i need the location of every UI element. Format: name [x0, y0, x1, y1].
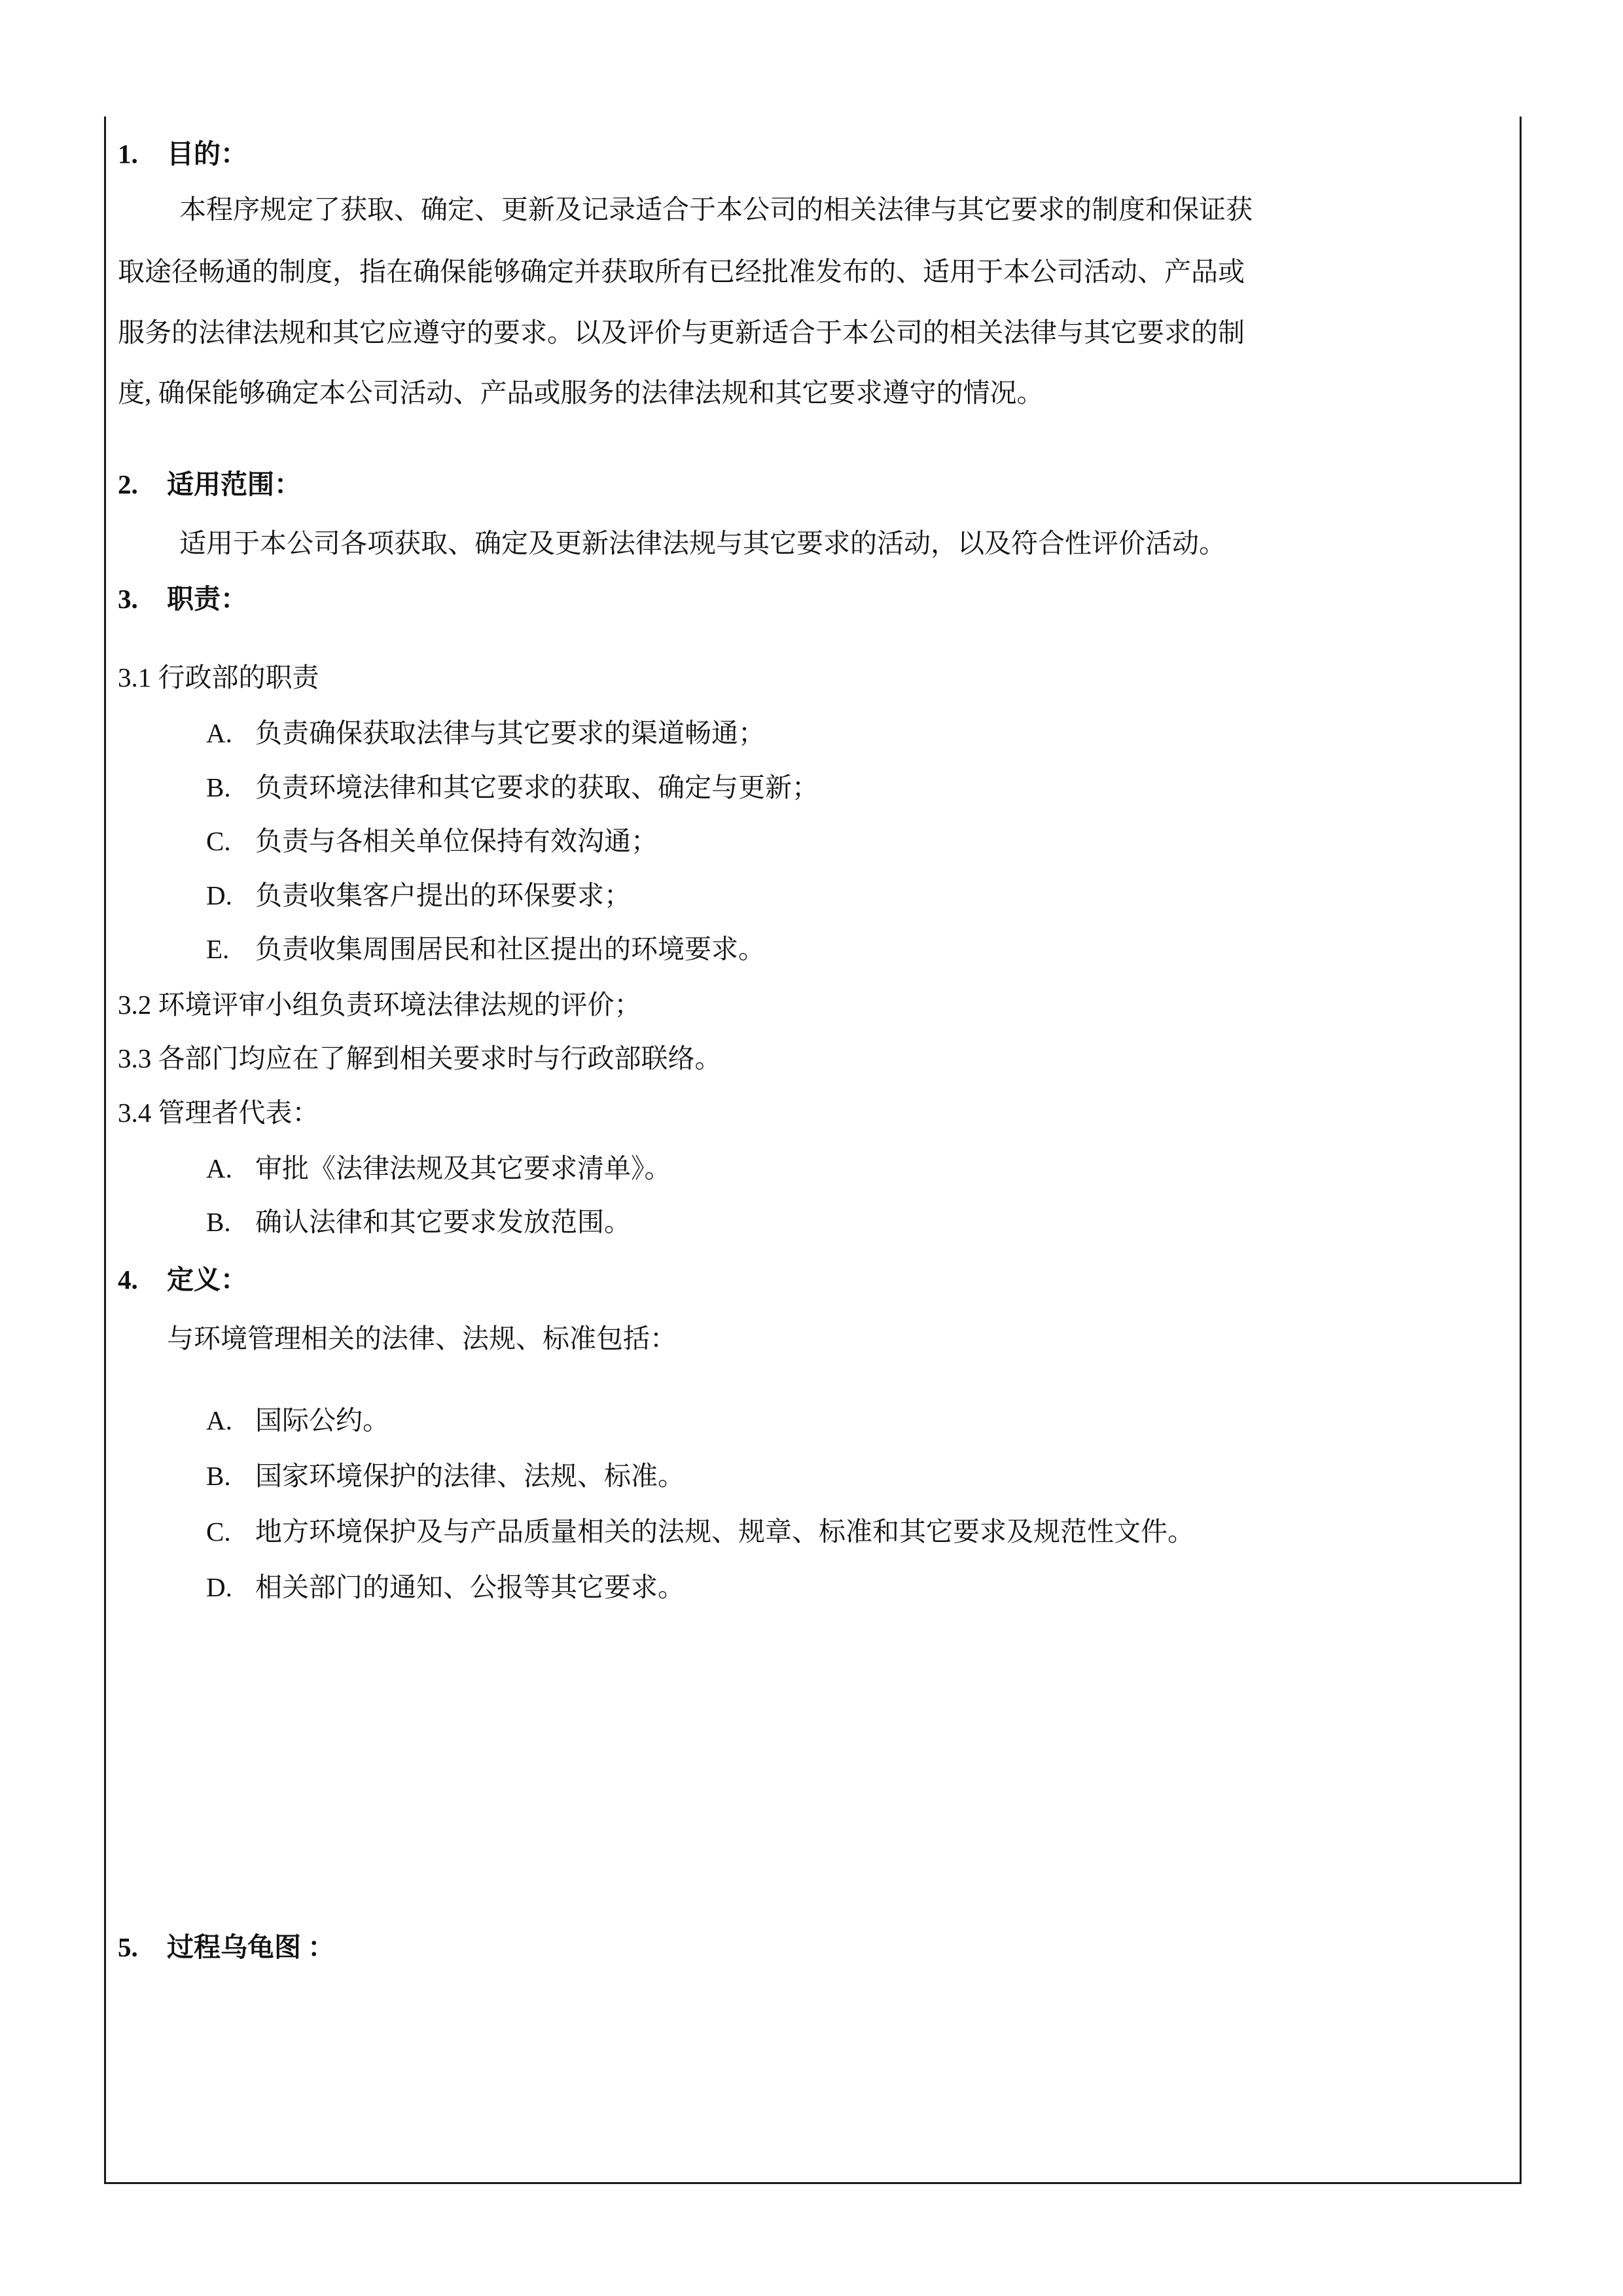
section-2-heading: 2.适用范围： [118, 468, 301, 501]
list-text: 负责环境法律和其它要求的获取、确定与更新； [255, 772, 819, 802]
subsection-3-4-title: 3.4 管理者代表： [118, 1096, 319, 1129]
purpose-paragraph-line: 服务的法律法规和其它应遵守的要求。以及评价与更新适合于本公司的相关法律与其它要求… [118, 316, 1245, 349]
section-title: 目的： [167, 139, 247, 169]
list-item: A.负责确保获取法律与其它要求的渠道畅通； [206, 717, 765, 749]
list-letter: C. [206, 1515, 255, 1548]
section-number: 4. [118, 1263, 167, 1296]
list-item: A.审批《法律法规及其它要求清单》。 [206, 1152, 671, 1185]
list-text: 国家环境保护的法律、法规、标准。 [255, 1461, 685, 1491]
subsection-3-1-title: 3.1 行政部的职责 [118, 661, 319, 694]
list-item: B.确认法律和其它要求发放范围。 [206, 1206, 631, 1238]
subsection-3-3: 3.3 各部门均应在了解到相关要求时与行政部联络。 [118, 1042, 722, 1075]
section-3-heading: 3.职责： [118, 583, 247, 615]
section-title: 过程乌龟图 ： [167, 1932, 334, 1962]
list-letter: E. [206, 933, 255, 965]
section-4-heading: 4.定义： [118, 1263, 247, 1296]
section-5-heading: 5.过程乌龟图 ： [118, 1931, 334, 1964]
section-1-heading: 1.目的： [118, 137, 247, 170]
list-text: 国际公约。 [255, 1405, 389, 1435]
scope-paragraph: 适用于本公司各项获取、确定及更新法律法规与其它要求的活动，以及符合性评价活动。 [179, 527, 1226, 560]
definitions-intro: 与环境管理相关的法律、法规、标准包括： [167, 1322, 677, 1355]
list-item: B.国家环境保护的法律、法规、标准。 [206, 1460, 685, 1492]
section-number: 1. [118, 137, 167, 170]
list-text: 负责确保获取法律与其它要求的渠道畅通； [255, 718, 765, 748]
list-item: B.负责环境法律和其它要求的获取、确定与更新； [206, 771, 819, 804]
list-letter: A. [206, 717, 255, 749]
list-text: 负责收集周围居民和社区提出的环境要求。 [255, 934, 765, 964]
list-item: C.地方环境保护及与产品质量相关的法规、规章、标准和其它要求及规范性文件。 [206, 1515, 1194, 1548]
list-letter: D. [206, 1571, 255, 1604]
list-text: 相关部门的通知、公报等其它要求。 [255, 1572, 685, 1602]
purpose-paragraph-line: 取途径畅通的制度，指在确保能够确定并获取所有已经批准发布的、适用于本公司活动、产… [118, 255, 1245, 288]
section-number: 2. [118, 468, 167, 501]
list-text: 确认法律和其它要求发放范围。 [255, 1207, 631, 1237]
list-letter: A. [206, 1152, 255, 1185]
section-number: 5. [118, 1931, 167, 1964]
list-item: D.负责收集客户提出的环保要求； [206, 879, 631, 912]
list-letter: B. [206, 1206, 255, 1238]
list-letter: C. [206, 825, 255, 857]
purpose-paragraph-line: 本程序规定了获取、确定、更新及记录适合于本公司的相关法律与其它要求的制度和保证获 [179, 193, 1253, 226]
list-item: C.负责与各相关单位保持有效沟通； [206, 825, 658, 857]
list-item: A.国际公约。 [206, 1404, 389, 1437]
purpose-paragraph-line: 度, 确保能够确定本公司活动、产品或服务的法律法规和其它要求遵守的情况。 [118, 376, 1044, 409]
list-text: 负责收集客户提出的环保要求； [255, 880, 631, 910]
section-title: 职责： [167, 584, 247, 614]
document-frame [104, 117, 1522, 2184]
section-number: 3. [118, 583, 167, 615]
section-title: 适用范围： [167, 469, 301, 499]
list-letter: B. [206, 771, 255, 804]
list-letter: B. [206, 1460, 255, 1492]
list-letter: D. [206, 879, 255, 912]
list-letter: A. [206, 1404, 255, 1437]
subsection-3-2: 3.2 环境评审小组负责环境法律法规的评价； [118, 988, 641, 1021]
section-title: 定义： [167, 1265, 247, 1295]
list-item: D.相关部门的通知、公报等其它要求。 [206, 1571, 685, 1604]
list-item: E.负责收集周围居民和社区提出的环境要求。 [206, 933, 765, 965]
list-text: 审批《法律法规及其它要求清单》。 [255, 1153, 671, 1183]
list-text: 负责与各相关单位保持有效沟通； [255, 826, 658, 856]
list-text: 地方环境保护及与产品质量相关的法规、规章、标准和其它要求及规范性文件。 [255, 1516, 1194, 1547]
